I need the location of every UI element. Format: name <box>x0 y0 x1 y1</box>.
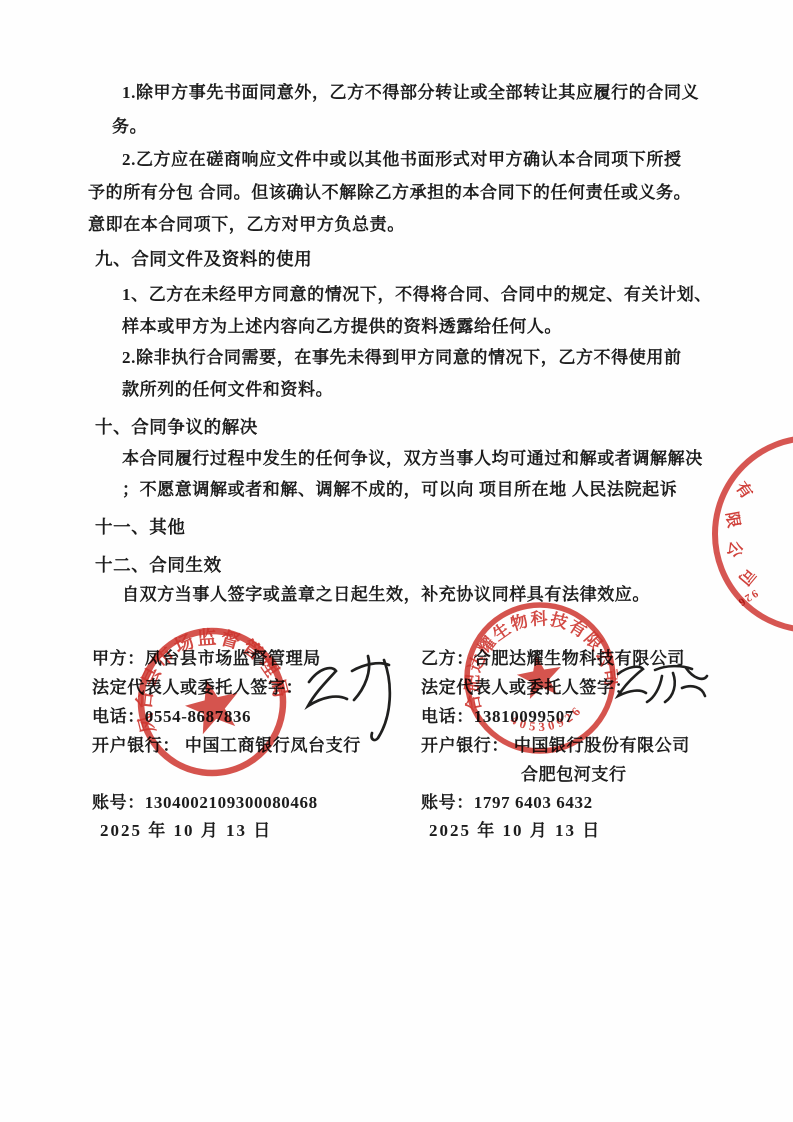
party-b-signature <box>610 656 710 708</box>
party-a-name: 甲方：凤台县市场监督管理局 <box>92 648 321 670</box>
party-a-date: 2025 年 10 月 13 日 <box>100 820 272 842</box>
section9-item2-line1: 2.除非执行合同需要，在事先未得到甲方同意的情况下，乙方不得使用前 <box>122 347 682 369</box>
party-b-bank-branch: 合肥包河支行 <box>521 764 627 786</box>
party-a-signature <box>295 646 400 744</box>
party-b-account: 账号：1797 6403 6432 <box>421 792 593 814</box>
party-b-bank: 开户银行： 中国银行股份有限公司 <box>421 735 690 757</box>
section10-body-line1: 本合同履行过程中发生的任何争议，双方当事人均可通过和解或者调解解决 <box>122 448 703 470</box>
contract-page: 1.除甲方事先书面同意外，乙方不得部分转让或全部转让其应履行的合同义 务。 2.… <box>0 0 793 1122</box>
clause8-item1-line1: 1.除甲方事先书面同意外，乙方不得部分转让或全部转让其应履行的合同义 <box>122 82 699 104</box>
edge-stamp-ring <box>712 435 793 633</box>
clause8-item1-line2: 务。 <box>112 116 147 138</box>
party-a-account: 账号：1304002109300080468 <box>92 792 318 814</box>
section10-body-line2: ；不愿意调解或者和解、调解不成的，可以向 项目所在地 人民法院起诉 <box>122 479 677 501</box>
clause8-item2-line2: 予的所有分包 合同。但该确认不解除乙方承担的本合同下的任何责任或义务。 <box>88 182 691 204</box>
clause8-item2-line3: 意即在本合同项下，乙方对甲方负总责。 <box>88 214 405 236</box>
section9-heading: 九、合同文件及资料的使用 <box>95 248 312 270</box>
clause8-item2-line1: 2.乙方应在磋商响应文件中或以其他书面形式对甲方确认本合同项下所授 <box>122 149 682 171</box>
section12-heading: 十二、合同生效 <box>95 554 222 576</box>
party-a-phone: 电话：0554-8687836 <box>92 706 251 728</box>
section9-item2-line2: 款所列的任何文件和资料。 <box>122 379 333 401</box>
section9-item1-line1: 1、乙方在未经甲方同意的情况下，不得将合同、合同中的规定、有关计划、 <box>122 284 712 306</box>
section12-body: 自双方当事人签字或盖章之日起生效，补充协议同样具有法律效应。 <box>122 584 650 606</box>
party-b-sign-label: 法定代表人或委托人签字： <box>421 677 632 699</box>
party-a-sign-label: 法定代表人或委托人签字： <box>92 677 303 699</box>
section9-item1-line2: 样本或甲方为上述内容向乙方提供的资料透露给任何人。 <box>122 316 562 338</box>
section11-heading: 十一、其他 <box>95 516 186 538</box>
section10-heading: 十、合同争议的解决 <box>95 416 258 438</box>
party-b-phone: 电话：13810099507 <box>421 706 574 728</box>
party-b-date: 2025 年 10 月 13 日 <box>429 820 601 842</box>
